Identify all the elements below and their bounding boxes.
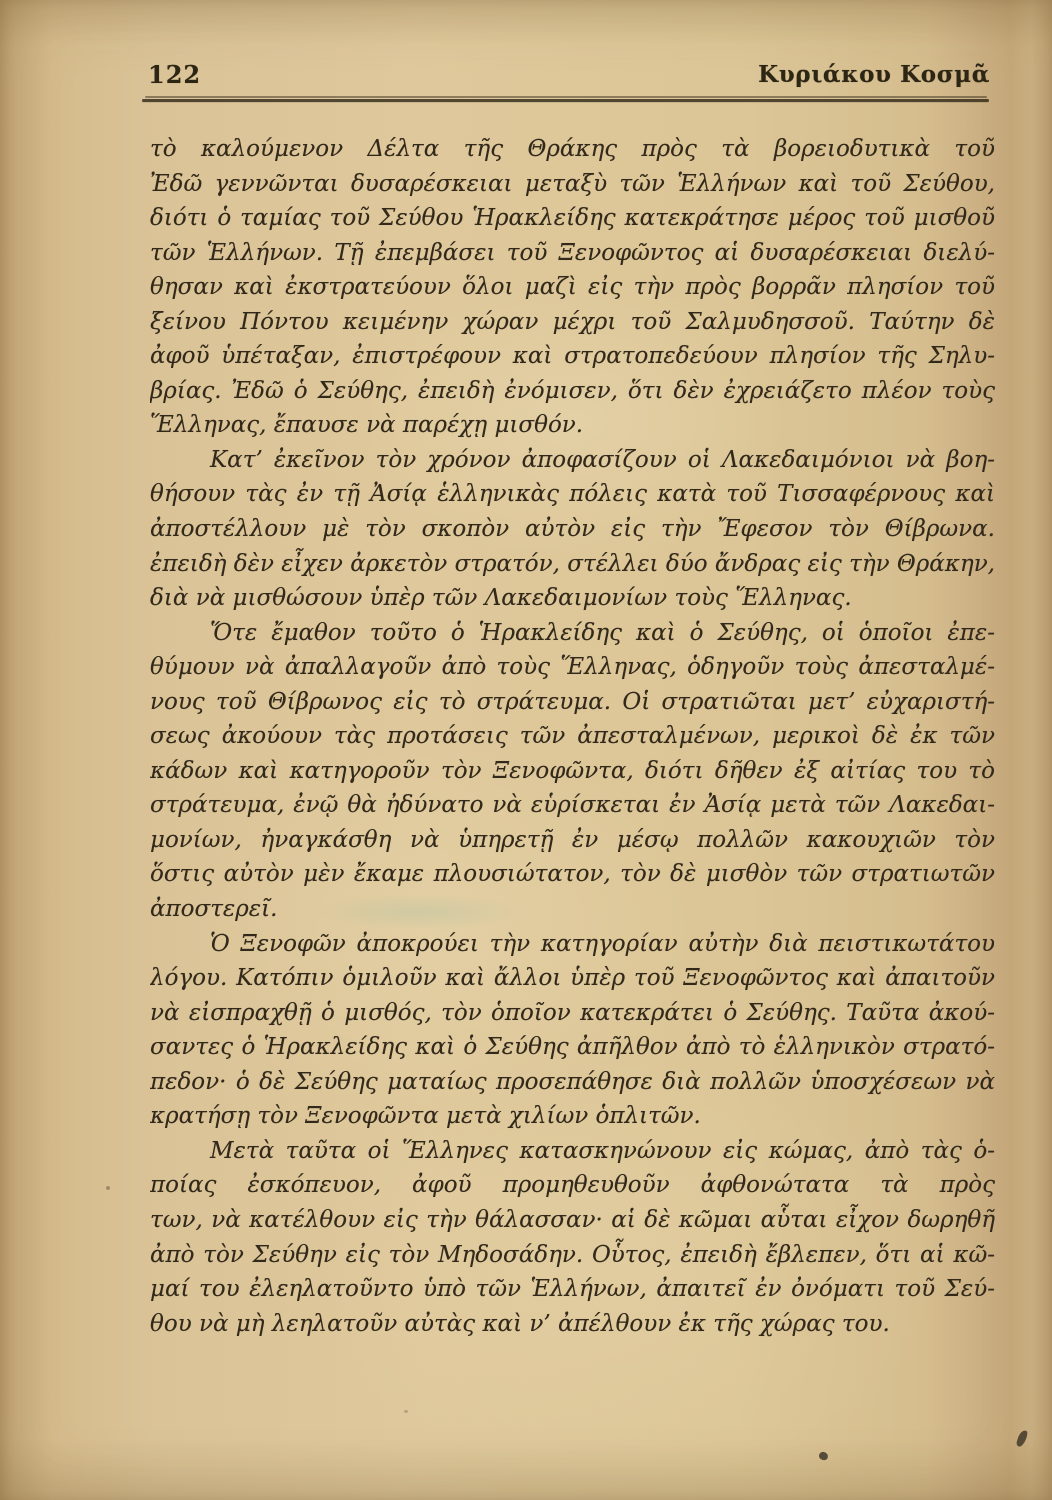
text-line: Ἕλληνας, ἔπαυσε νὰ παρέχῃ μισθόν. [150, 408, 995, 443]
page-number: 122 [148, 62, 201, 88]
text-line: Μετὰ ταῦτα οἱ Ἕλληνες κατασκηνώνουν εἰς … [150, 1134, 995, 1169]
text-line: των, νὰ κατέλθουν εἰς τὴν θάλασσαν· αἱ δ… [150, 1203, 995, 1238]
text-line: πεδον· ὁ δὲ Σεύθης ματαίως προσεπάθησε δ… [150, 1065, 995, 1100]
text-line: κάδων καὶ κατηγοροῦν τὸν Ξενοφῶντα, διότ… [150, 754, 995, 789]
ink-speck [1016, 1429, 1029, 1448]
text-block: τὸ καλούμενον Δέλτα τῆς Θράκης πρὸς τὰ β… [150, 132, 995, 1341]
text-line: σεως ἀκούουν τὰς προτάσεις τῶν ἀπεσταλμέ… [150, 719, 995, 754]
text-line: Κατ’ ἐκεῖνον τὸν χρόνον ἀποφασίζουν οἱ Λ… [150, 443, 995, 478]
ink-speck [404, 1410, 408, 1413]
text-line: τῶν Ἑλλήνων. Τῇ ἐπεμβάσει τοῦ Ξενοφῶντος… [150, 236, 995, 271]
text-line: ἀποστέλλουν μὲ τὸν σκοπὸν αὐτὸν εἰς τὴν … [150, 512, 995, 547]
ink-speck [106, 1186, 110, 1190]
text-line: τὸ καλούμενον Δέλτα τῆς Θράκης πρὸς τὰ β… [150, 132, 995, 167]
text-line: μαί του ἐλεηλατοῦντο ὑπὸ τῶν Ἑλλήνων, ἀπ… [150, 1272, 995, 1307]
book-page: 122 Κυριάκου Κοσμᾶ τὸ καλούμενον Δέλτα τ… [0, 0, 1052, 1500]
text-line: μονίων, ἠναγκάσθη νὰ ὑπηρετῇ ἐν μέσῳ πολ… [150, 823, 995, 858]
text-line: ἀποστερεῖ. [150, 892, 995, 927]
text-line: νους τοῦ Θίβρωνος εἰς τὸ στράτευμα. Οἱ σ… [150, 685, 995, 720]
text-line: θησαν καὶ ἐκστρατεύουν ὅλοι μαζὶ εἰς τὴν… [150, 270, 995, 305]
text-line: ὅστις αὐτὸν μὲν ἔκαμε πλουσιώτατον, τὸν … [150, 857, 995, 892]
header-rule [142, 96, 989, 102]
text-line: ποίας ἐσκόπευον, ἀφοῦ προμηθευθοῦν ἀφθον… [150, 1168, 995, 1203]
ink-speck [818, 1451, 829, 1461]
text-line: ξείνου Πόντου κειμένην χώραν μέχρι τοῦ Σ… [150, 305, 995, 340]
text-line: θου νὰ μὴ λεηλατοῦν αὐτὰς καὶ ν’ ἀπέλθου… [150, 1307, 995, 1342]
running-header: Κυριάκου Κοσμᾶ [758, 62, 990, 88]
text-line: ἀπὸ τὸν Σεύθην εἰς τὸν Μηδοσάδην. Οὗτος,… [150, 1238, 995, 1273]
text-line: βρίας. Ἐδῶ ὁ Σεύθης, ἐπειδὴ ἐνόμισεν, ὅτ… [150, 374, 995, 409]
text-line: ἐπειδὴ δὲν εἶχεν ἀρκετὸν στρατόν, στέλλε… [150, 547, 995, 582]
text-line: κρατήσῃ τὸν Ξενοφῶντα μετὰ χιλίων ὁπλιτῶ… [150, 1099, 995, 1134]
text-line: ἀφοῦ ὑπέταξαν, ἐπιστρέφουν καὶ στρατοπεδ… [150, 339, 995, 374]
text-line: διότι ὁ ταμίας τοῦ Σεύθου Ἡρακλείδης κατ… [150, 201, 995, 236]
text-line: διὰ νὰ μισθώσουν ὑπὲρ τῶν Λακεδαιμονίων … [150, 581, 995, 616]
text-line: θύμουν νὰ ἀπαλλαγοῦν ἀπὸ τοὺς Ἕλληνας, ὁ… [150, 650, 995, 685]
text-line: στράτευμα, ἐνῷ θὰ ἠδύνατο νὰ εὑρίσκεται … [150, 788, 995, 823]
text-line: σαντες ὁ Ἡρακλείδης καὶ ὁ Σεύθης ἀπῆλθον… [150, 1030, 995, 1065]
text-line: Ὁ Ξενοφῶν ἀποκρούει τὴν κατηγορίαν αὐτὴν… [150, 927, 995, 962]
text-line: θήσουν τὰς ἐν τῇ Ἀσίᾳ ἑλληνικὰς πόλεις κ… [150, 477, 995, 512]
text-line: Ἐδῶ γεννῶνται δυσαρέσκειαι μεταξὺ τῶν Ἑλ… [150, 167, 995, 202]
text-line: νὰ εἰσπραχθῇ ὁ μισθός, τὸν ὁποῖον κατεκρ… [150, 996, 995, 1031]
text-line: Ὅτε ἔμαθον τοῦτο ὁ Ἡρακλείδης καὶ ὁ Σεύθ… [150, 616, 995, 651]
text-line: λόγου. Κατόπιν ὁμιλοῦν καὶ ἄλλοι ὑπὲρ το… [150, 961, 995, 996]
